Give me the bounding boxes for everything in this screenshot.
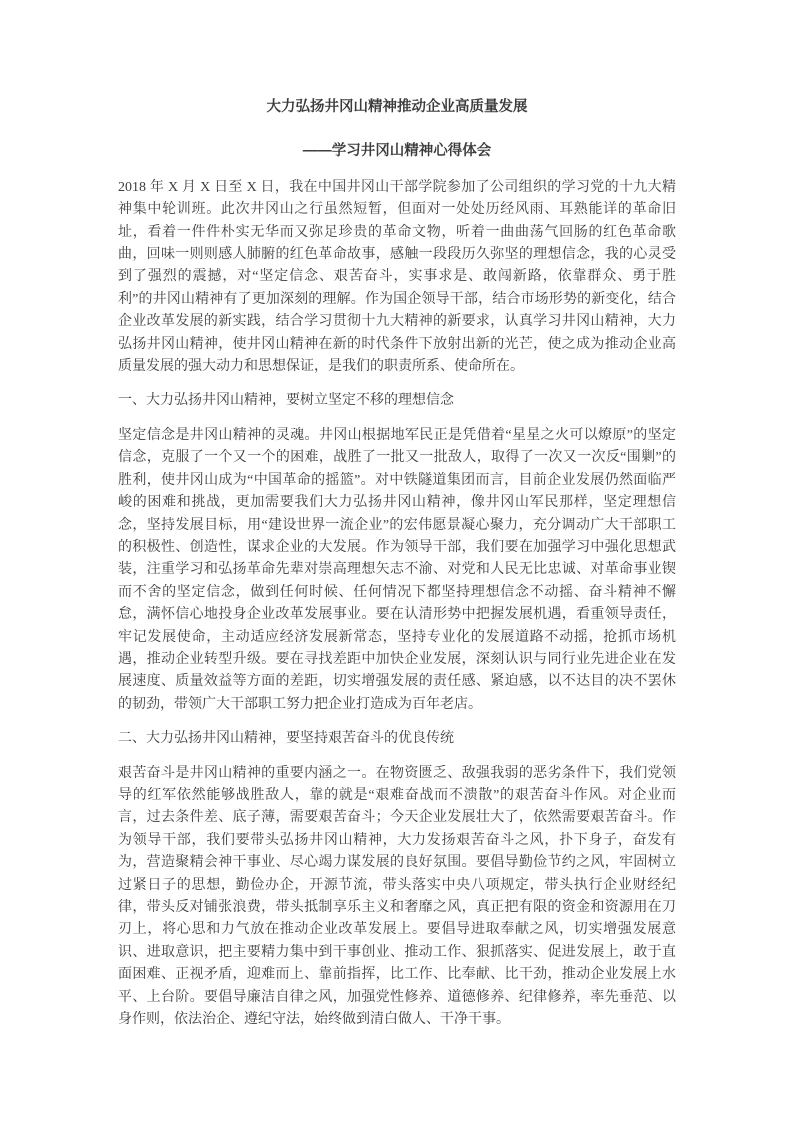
paragraph-section-2: 艰苦奋斗是井冈山精神的重要内涵之一。在物资匮乏、敌强我弱的恶劣条件下，我们党领导… [118, 763, 676, 1032]
paragraph-intro: 2018 年 X 月 X 日至 X 日，我在中国井冈山干部学院参加了公司组织的学… [118, 177, 676, 379]
section-heading-1: 一、大力弘扬井冈山精神，要树立坚定不移的理想信念 [118, 390, 676, 412]
document-subtitle: ——学习井冈山精神心得体会 [118, 140, 676, 162]
document-title: 大力弘扬井冈山精神推动企业高质量发展 [118, 96, 676, 118]
document-page: 大力弘扬井冈山精神推动企业高质量发展 ——学习井冈山精神心得体会 2018 年 … [0, 0, 793, 1122]
paragraph-section-1: 坚定信念是井冈山精神的灵魂。井冈山根据地军民正是凭借着“星星之火可以燎原”的坚定… [118, 425, 676, 716]
section-heading-2: 二、大力弘扬井冈山精神，要坚持艰苦奋斗的优良传统 [118, 728, 676, 750]
